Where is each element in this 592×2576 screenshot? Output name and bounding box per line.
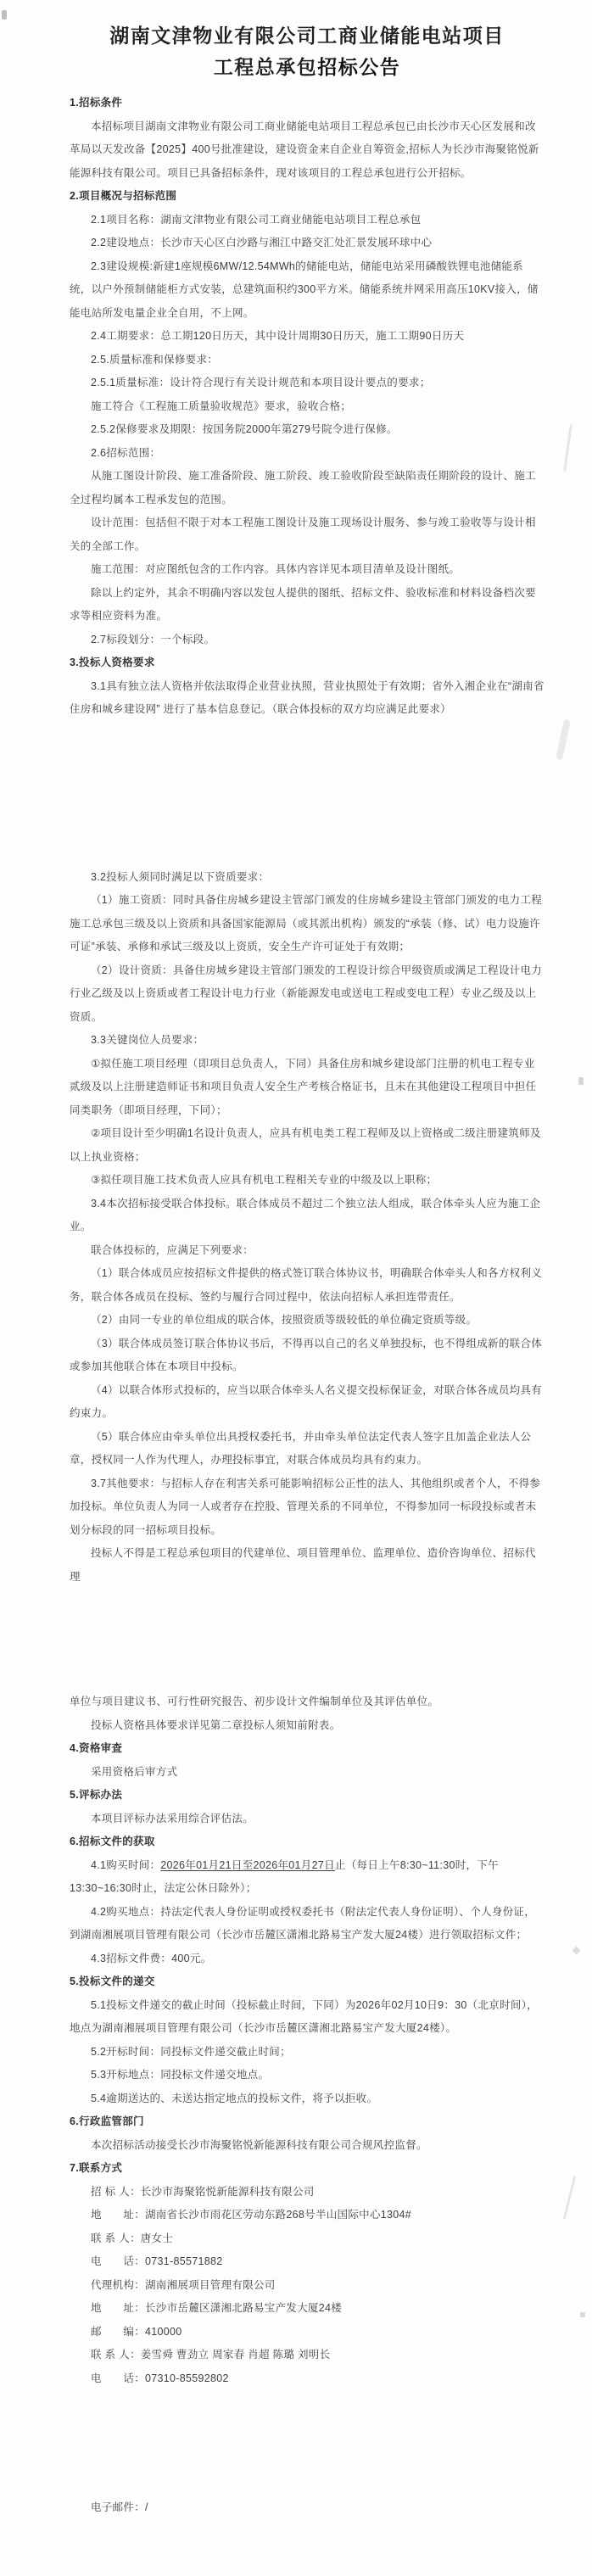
- paragraph: 招 标 人：长沙市海聚铭悦新能源科技有限公司: [70, 2181, 545, 2204]
- paragraph: 4.2购买地点：持法定代表人身份证明或授权委托书（附法定代表人身份证明）、个人身…: [70, 1901, 545, 1947]
- paragraph: 联合体投标的，应满足下列要求：: [70, 1239, 545, 1263]
- paragraph: 除以上约定外，其余不明确内容以发包人提供的图纸、招标文件、验收标准和材料设备档次…: [70, 582, 545, 629]
- paragraph: 从施工图设计阶段、施工准备阶段、施工阶段、竣工验收阶段至缺陷责任期阶段的设计、施…: [70, 465, 545, 511]
- paragraph: 2.3建设规模:新建1座规模6MW/12.54MWh的储能电站，储能电站采用磷酸…: [70, 255, 545, 326]
- section-heading: 1.招标条件: [70, 92, 545, 115]
- section-heading: 7.联系方式: [70, 2157, 545, 2181]
- paragraph: 4.3招标文件费：400元。: [70, 1947, 545, 1971]
- paragraph: 3.2投标人须同时满足以下资质要求：: [70, 866, 545, 890]
- paragraph: 3.1具有独立法人资格并依法取得企业营业执照，营业执照处于有效期；省外入湘企业在…: [70, 675, 545, 722]
- paragraph: 邮 编：410000: [70, 2321, 545, 2344]
- section-heading: 5.投标文件的递交: [70, 1970, 545, 1994]
- scan-artifact: [2, 10, 7, 20]
- paragraph: 5.3开标地点：同投标文件递交地点。: [70, 2064, 545, 2087]
- paragraph: 施工符合《工程施工质量验收规范》要求，验收合格；: [70, 395, 545, 419]
- title-line2-prefix: 工程总承包: [214, 57, 318, 78]
- page-break-gap: [70, 722, 545, 866]
- paragraph: 地 址：长沙市岳麓区潇湘北路易宝产发大厦24楼: [70, 2297, 545, 2321]
- paragraph: 联 系 人：姜雪舜 曹劲立 周家春 肖超 陈璐 刘明长: [70, 2344, 545, 2367]
- paragraph: 施工范围：对应图纸包含的工作内容。具体内容详见本项目清单及设计图纸。: [70, 558, 545, 582]
- paragraph: 电 话：0731-85571882: [70, 2250, 545, 2274]
- paragraph: 3.4本次招标接受联合体投标。联合体成员不超过二个独立法人组成，联合体牵头人应为…: [70, 1193, 545, 1239]
- paragraph: 2.2建设地点：长沙市天心区白沙路与湘江中路交汇处汇景发展环球中心: [70, 232, 545, 255]
- paragraph: （1）联合体成员应按招标文件提供的格式签订联合体协议书，明确联合体牵头人和各方权…: [70, 1262, 545, 1309]
- title-line1: 湖南文津物业有限公司工商业储能电站项目: [109, 25, 505, 47]
- page-break-gap: [70, 2390, 545, 2496]
- paragraph: 2.5.1质量标准：设计符合现行有关设计规范和本项目设计要点的要求；: [70, 372, 545, 395]
- paragraph: 5.2开标时间：同投标文件递交截止时间；: [70, 2041, 545, 2065]
- paragraph: 本项目评标办法采用综合评估法。: [70, 1808, 545, 1831]
- paragraph: （5）联合体应由牵头单位出具授权委托书，并由牵头单位法定代表人签字且加盖企业法人…: [70, 1426, 545, 1472]
- paragraph: （3）联合体成员签订联合体协议书后，不得再以自己的名义单独投标，也不得组成新的联…: [70, 1333, 545, 1379]
- paragraph: 地 址：湖南省长沙市雨花区劳动东路268号半山国际中心1304#: [70, 2204, 545, 2227]
- paragraph: 电 话：07310-85592802: [70, 2367, 545, 2391]
- paragraph: （2）设计资质：具备住房城乡建设主管部门颁发的工程设计综合甲级资质或满足工程设计…: [70, 959, 545, 1030]
- tender-announcement-document: 湖南文津物业有限公司工商业储能电站项目 工程总承包招标公告 1.招标条件本招标项…: [0, 0, 592, 2576]
- paragraph: （2）由同一专业的单位组成的联合体，按照资质等级较低的单位确定资质等级。: [70, 1309, 545, 1333]
- section-heading: 6.行政监管部门: [70, 2110, 545, 2134]
- paragraph: 代理机构：湖南湘展项目管理有限公司: [70, 2274, 545, 2298]
- paragraph: （4）以联合体形式投标的，应当以联合体牵头人名义提交投标保证金，对联合体各成员均…: [70, 1379, 545, 1426]
- paragraph: 2.7标段划分：一个标段。: [70, 629, 545, 652]
- paragraph: 2.6招标范围：: [70, 442, 545, 466]
- paragraph: 采用资格后审方式: [70, 1761, 545, 1785]
- paragraph: 2.4工期要求：总工期120日历天，其中设计周期30日历天，施工工期90日历天: [70, 325, 545, 349]
- scan-artifact: [578, 1077, 584, 1085]
- paragraph: ①拟任施工项目经理（即项目总负责人，下同）具备住房和城乡建设部门注册的机电工程专…: [70, 1053, 545, 1123]
- text-segment: 4.1购买时间：: [91, 1859, 160, 1871]
- paragraph: ③拟任项目施工技术负责人应具有机电工程相关专业的中级及以上职称；: [70, 1169, 545, 1193]
- scan-artifact: [563, 2176, 576, 2219]
- paragraph: 设计范围：包括但不限于对本工程施工图设计及施工现场设计服务、参与竣工验收等与设计…: [70, 511, 545, 558]
- paragraph: 单位与项目建议书、可行性研究报告、初步设计文件编制单位及其评估单位。: [70, 1690, 545, 1714]
- scan-artifact: [572, 1947, 581, 1955]
- section-heading: 5.评标办法: [70, 1784, 545, 1808]
- paragraph: 投标人资格具体要求详见第二章投标人须知前附表。: [70, 1714, 545, 1738]
- paragraph: 2.5.质量标准和保修要求：: [70, 349, 545, 372]
- section-heading: 6.招标文件的获取: [70, 1830, 545, 1854]
- document-title: 湖南文津物业有限公司工商业储能电站项目 工程总承包招标公告: [70, 20, 545, 83]
- paragraph: 投标人不得是工程总承包项目的代建单位、项目管理单位、监理单位、造价咨询单位、招标…: [70, 1542, 545, 1589]
- title-line2-emphasis: 招标公告: [317, 56, 400, 78]
- paragraph: 5.4逾期送达的、未送达指定地点的投标文件，将予以拒收。: [70, 2087, 545, 2111]
- paragraph: 5.1投标文件递交的截止时间（投标截止时间，下同）为2026年02月10日9：3…: [70, 1994, 545, 2041]
- paragraph: 本次招标活动接受长沙市海聚铭悦新能源科技有限公司合规风控监督。: [70, 2134, 545, 2158]
- paragraph: （1）施工资质：同时具备住房城乡建设主管部门颁发的住房城乡建设主管部门颁发的电力…: [70, 889, 545, 959]
- scan-artifact: [580, 2312, 585, 2317]
- document-body: 1.招标条件本招标项目湖南文津物业有限公司工商业储能电站项目工程总承包已由长沙市…: [70, 92, 545, 2520]
- section-heading: 3.投标人资格要求: [70, 651, 545, 675]
- underlined-date-range: 2026年01月21日至2026年01月27日: [160, 1859, 335, 1871]
- paragraph: 联 系 人：唐女士: [70, 2227, 545, 2251]
- scan-artifact: [563, 424, 572, 472]
- paragraph: 3.7其他要求：与招标人存在利害关系可能影响招标公正性的法人、其他组织或者个人，…: [70, 1472, 545, 1543]
- section-heading: 2.项目概况与招标范围: [70, 185, 545, 209]
- paragraph: 3.3关键岗位人员要求：: [70, 1029, 545, 1053]
- paragraph: ②项目设计至少明确1名设计负责人，应具有机电类工程工程师及以上资格或二级注册建筑…: [70, 1122, 545, 1169]
- paragraph: 4.1购买时间：2026年01月21日至2026年01月27日止（每日上午8:3…: [70, 1854, 545, 1901]
- paragraph: 2.5.2保修要求及期限：按国务院2000年第279号院令进行保修。: [70, 418, 545, 442]
- paragraph: 本招标项目湖南文津物业有限公司工商业储能电站项目工程总承包已由长沙市天心区发展和…: [70, 115, 545, 186]
- scan-artifact: [556, 719, 571, 761]
- paragraph: 2.1项目名称：湖南文津物业有限公司工商业储能电站项目工程总承包: [70, 209, 545, 232]
- page-break-gap: [70, 1589, 545, 1690]
- section-heading: 4.资格审查: [70, 1737, 545, 1761]
- paragraph: 电子邮件：/: [70, 2496, 545, 2520]
